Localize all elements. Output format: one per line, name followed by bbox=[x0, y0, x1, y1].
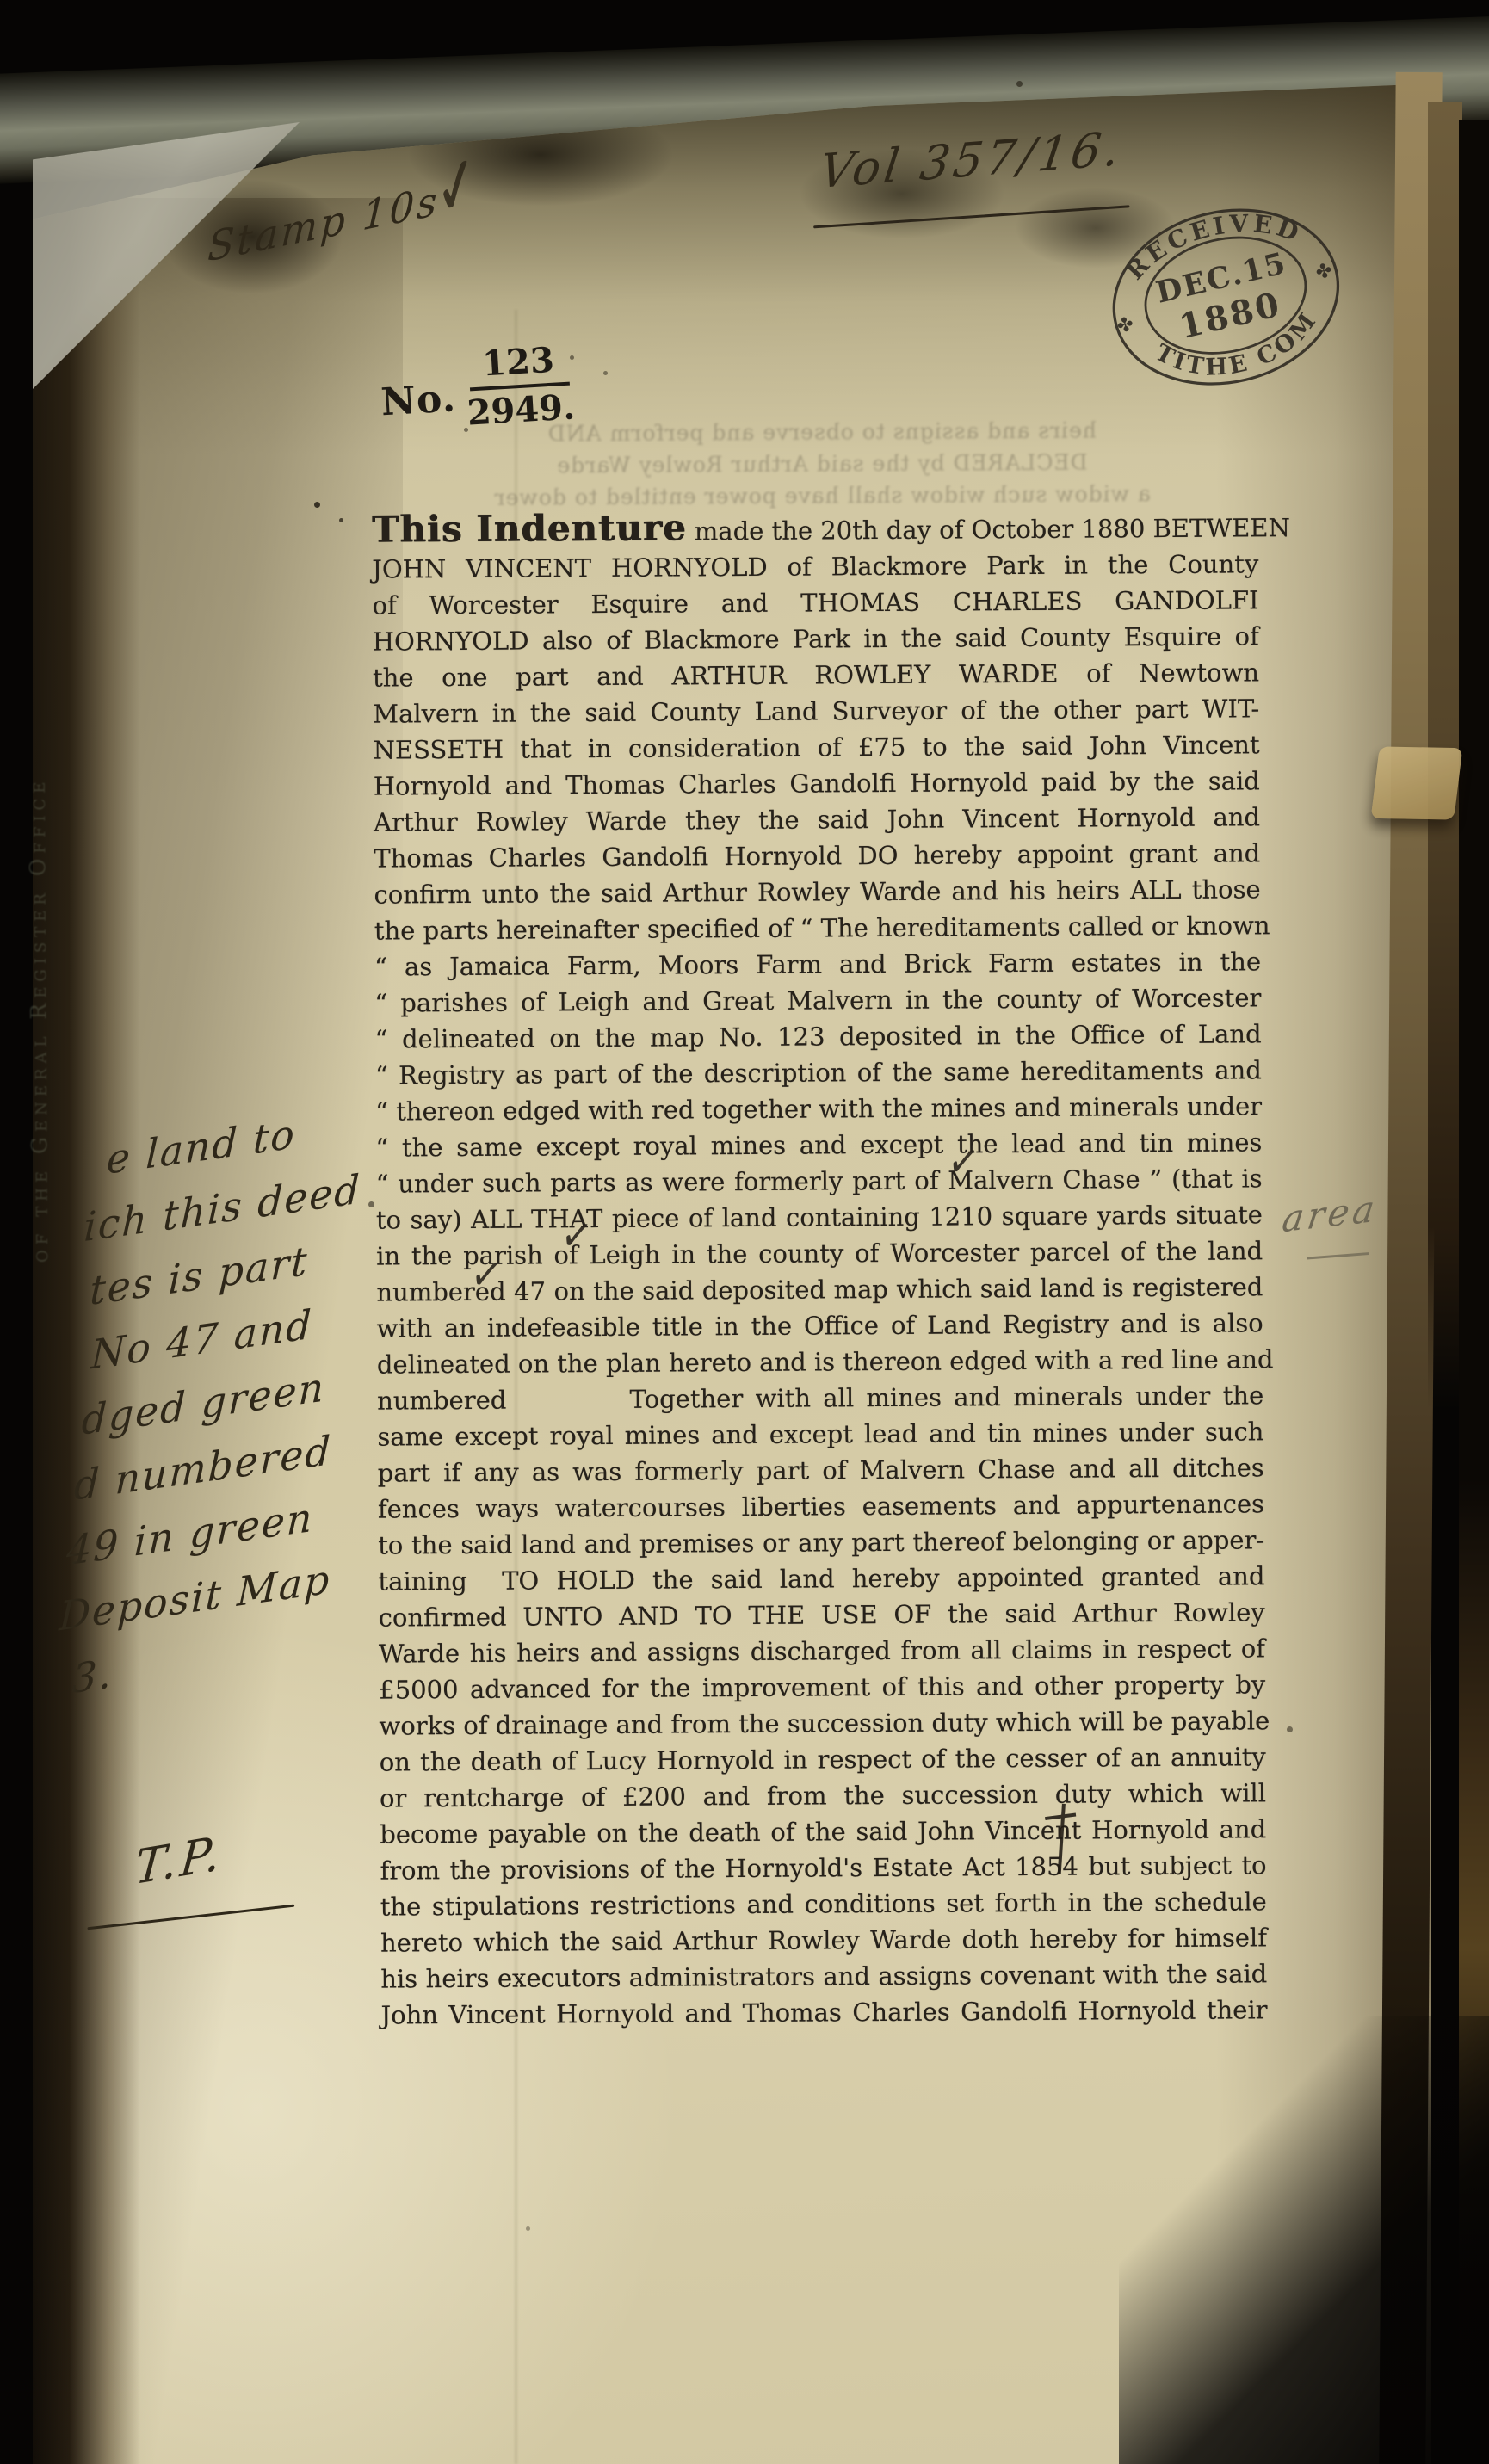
deed-body-line: same except royal mines and except lead … bbox=[377, 1413, 1263, 1454]
deed-body-line: “ parishes of Leigh and Great Malvern in… bbox=[374, 979, 1261, 1021]
deed-body-line: John Vincent Hornyold and Thomas Charles… bbox=[380, 1992, 1267, 2033]
deed-body-line: fences ways watercourses liberties easem… bbox=[378, 1485, 1264, 1527]
deed-body-line: or rentcharge of £200 and from the succe… bbox=[380, 1775, 1266, 1816]
deed-body-line: “ as Jamaica Farm, Moors Farm and Brick … bbox=[374, 943, 1261, 985]
deed-body-line: with an indefeasible title in the Office… bbox=[377, 1305, 1263, 1346]
deed-body-line: the stipulations restrictions and condit… bbox=[380, 1883, 1267, 1924]
margin-annotation: e land toich this deedtes is partNo 47 a… bbox=[65, 1084, 420, 1712]
deed-body-line: “ under such parts as were formerly part… bbox=[376, 1160, 1263, 1201]
deed-body-line: from the provisions of the Hornyold's Es… bbox=[380, 1847, 1266, 1888]
deed-body-line: to say) ALL THAT piece of land containin… bbox=[376, 1196, 1263, 1238]
deed-body-line: Warde his heirs and assigns discharged f… bbox=[379, 1630, 1265, 1671]
document-number-numerator: 123 bbox=[467, 339, 569, 392]
pencil-area-annotation: area bbox=[1280, 1187, 1381, 1240]
spine-bleed-text: of the General Register Office bbox=[23, 557, 53, 1263]
stamp-ornament-right-icon: ✤ bbox=[1313, 259, 1334, 285]
deed-body-line: of Worcester Esquire and THOMAS CHARLES … bbox=[372, 582, 1258, 623]
deed-body-line: Arthur Rowley Warde they the said John V… bbox=[374, 799, 1260, 840]
deed-body-lines: JOHN VINCENT HORNYOLD of Blackmore Park … bbox=[372, 546, 1267, 2033]
signature-flourish bbox=[87, 1905, 294, 1930]
deed-body-line: the one part and ARTHUR ROWLEY WARDE of … bbox=[373, 654, 1259, 695]
deed-body-line: on the death of Lucy Hornyold in respect… bbox=[380, 1738, 1266, 1780]
document-content: Stamp 10s ✓ Vol 357/16. RECEIVED TITHE C… bbox=[0, 0, 1489, 2464]
pencil-area-underline bbox=[1307, 1252, 1369, 1259]
deed-body-line: Thomas Charles Gandolfi Hornyold DO here… bbox=[374, 835, 1260, 876]
document-number-prefix: No. bbox=[380, 376, 457, 424]
deed-body-line: numbered Together with all mines and min… bbox=[377, 1377, 1263, 1418]
scanned-deed-page: Stamp 10s ✓ Vol 357/16. RECEIVED TITHE C… bbox=[0, 0, 1489, 2464]
insertion-mark-icon bbox=[1047, 1804, 1077, 1876]
deed-body-line: Malvern in the said County Land Surveyor… bbox=[373, 690, 1259, 732]
deed-body-line: taining TO HOLD the said land hereby app… bbox=[378, 1558, 1264, 1599]
bleed-line: heirs and assigns to observe and perform… bbox=[398, 413, 1245, 450]
deed-body-line: “ thereon edged with red together with t… bbox=[375, 1088, 1262, 1129]
deed-body-text: This Indenture made the 20th day of Octo… bbox=[372, 506, 1268, 2033]
deed-body-line: “ the same except royal mines and except… bbox=[375, 1124, 1262, 1165]
deed-opening-rest: made the 20th day of October 1880 BETWEE… bbox=[695, 513, 1290, 546]
margin-initials: T.P. bbox=[133, 1825, 226, 1896]
deed-opening-line: This Indenture made the 20th day of Octo… bbox=[372, 506, 1258, 551]
deed-body-line: hereto which the said Arthur Rowley Ward… bbox=[380, 1919, 1267, 1961]
deed-body-line: in the parish of Leigh in the county of … bbox=[376, 1232, 1263, 1274]
deed-body-line: HORNYOLD also of Blackmore Park in the s… bbox=[373, 618, 1259, 659]
deed-body-line: his heirs executors administrators and a… bbox=[380, 1955, 1267, 1997]
bleed-line: DECLARED by the said Arthur Rowley Warde bbox=[398, 445, 1245, 482]
deed-body-line: works of drainage and from the successio… bbox=[379, 1702, 1265, 1744]
deed-body-line: become payable on the death of the said … bbox=[380, 1811, 1266, 1852]
deed-body-line: “ delineated on the map No. 123 deposite… bbox=[374, 1016, 1261, 1057]
ink-specks bbox=[0, 0, 3, 3]
deed-body-line: “ Registry as part of the description of… bbox=[375, 1052, 1262, 1093]
deed-body-line: £5000 advanced for the improvement of th… bbox=[379, 1666, 1265, 1708]
deed-body-line: NESSETH that in consideration of £75 to … bbox=[373, 726, 1259, 768]
bleed-through-text: heirs and assigns to observe and perform… bbox=[398, 413, 1246, 514]
volume-number-annotation: Vol 357/16. bbox=[817, 121, 1127, 200]
deed-body-line: to the said land and premises or any par… bbox=[378, 1522, 1264, 1563]
received-date-stamp: RECEIVED TITHE COM DEC.15 1880 ✤ ✤ bbox=[1085, 170, 1367, 423]
deed-body-line: confirm unto the said Arthur Rowley Ward… bbox=[374, 871, 1260, 912]
deed-body-line: part if any as was formerly part of Malv… bbox=[378, 1449, 1264, 1491]
deed-body-line: delineated on the plan hereto and is the… bbox=[377, 1341, 1263, 1382]
deed-body-line: numbered 47 on the said deposited map wh… bbox=[376, 1269, 1263, 1310]
deed-body-line: confirmed UNTO AND TO THE USE OF the sai… bbox=[379, 1594, 1265, 1635]
stamp-duty-annotation: Stamp 10s bbox=[207, 176, 440, 271]
deed-body-line: the parts hereinafter specified of “ The… bbox=[374, 907, 1261, 948]
deed-body-line: Hornyold and Thomas Charles Gandolfi Hor… bbox=[374, 763, 1260, 804]
deed-body-line: JOHN VINCENT HORNYOLD of Blackmore Park … bbox=[372, 546, 1258, 587]
deed-opening-words: This Indenture bbox=[372, 506, 687, 550]
volume-underline bbox=[813, 205, 1129, 228]
